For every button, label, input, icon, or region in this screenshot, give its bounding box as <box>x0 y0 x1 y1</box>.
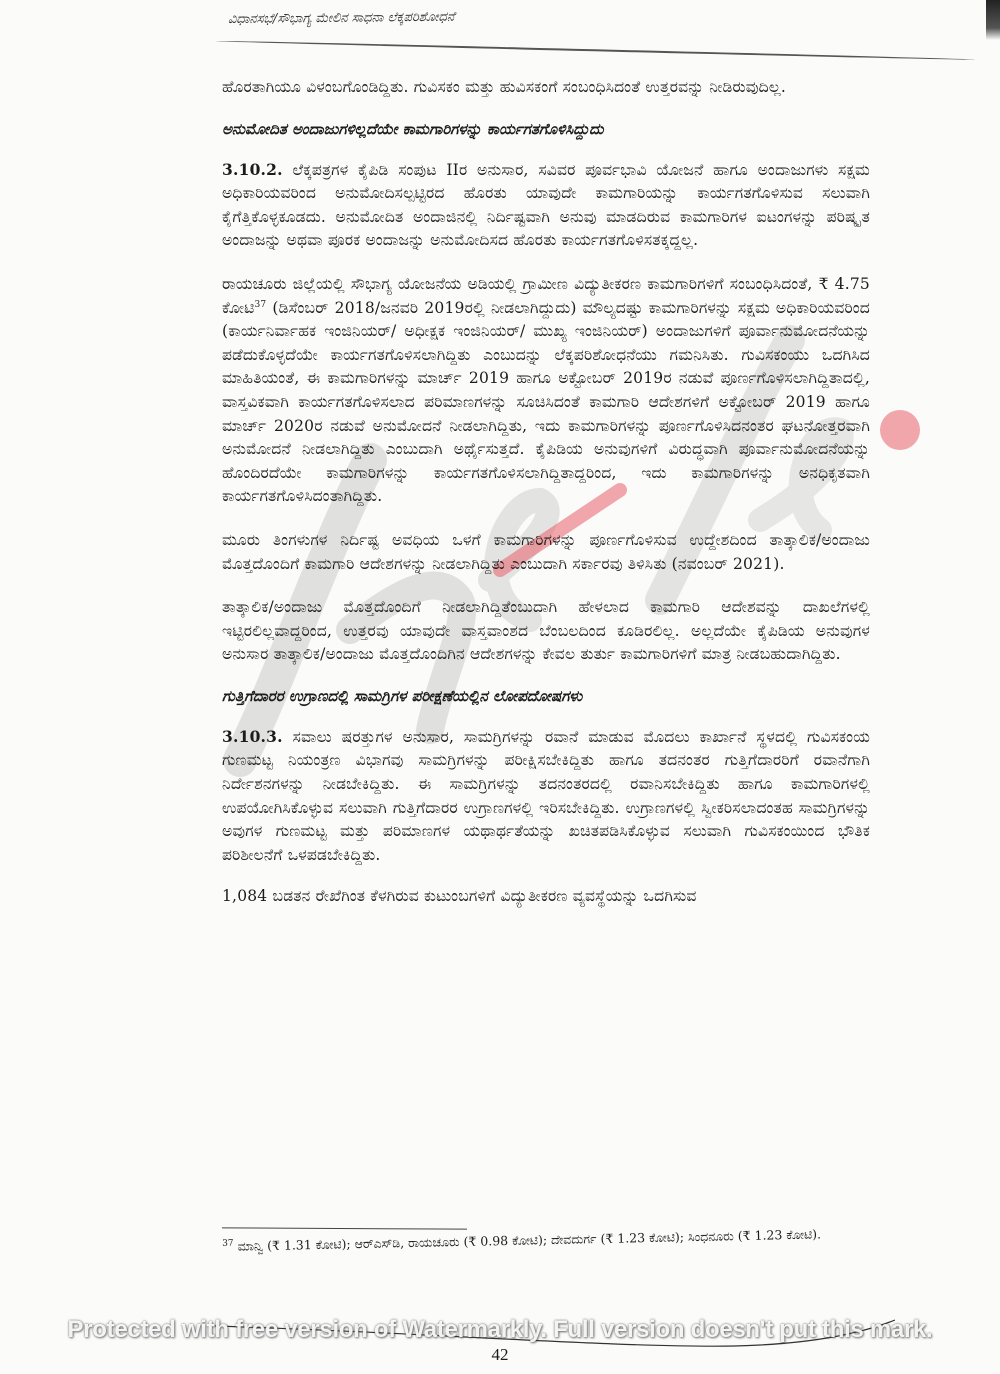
paragraph-text-after-ref: (ಡಿಸೆಂಬರ್ 2018/ಜನವರಿ 2019ರಲ್ಲಿ ನೀಡಲಾಗಿದ್… <box>222 299 870 506</box>
paragraph-reply-not-supported: ತಾತ್ಕಾಲಿಕ/ಅಂದಾಜು ಮೊತ್ತದೊಂದಿಗೆ ನೀಡಲಾಗಿದ್ದ… <box>222 596 870 667</box>
footnote-rule <box>222 1227 467 1229</box>
scan-corner-shadow <box>986 0 1000 40</box>
section-number: 3.10.3. <box>222 727 283 746</box>
footnote-number: 37 <box>222 1239 234 1249</box>
paragraph-bpl-households: 1,084 ಬಡತನ ರೇಖೆಗಿಂತ ಕೆಳಗಿರುವ ಕುಟುಂಬಗಳಿಗೆ… <box>222 885 870 909</box>
paragraph-3-10-3: 3.10.3. ಸವಾಲು ಷರತ್ತುಗಳ ಅನುಸಾರ, ಸಾಮಗ್ರಿಗಳ… <box>222 725 870 868</box>
header-rule <box>215 40 975 61</box>
section-number: 3.10.2. <box>222 160 283 179</box>
paragraph-government-reply: ಮೂರು ತಿಂಗಳುಗಳ ನಿರ್ದಿಷ್ಟ ಅವಧಿಯ ಒಳಗೆ ಕಾಮಗಾ… <box>222 529 870 576</box>
page-body: ಹೊರತಾಗಿಯೂ ವಿಳಂಬಗೊಂಡಿದ್ದಿತು. ಗುವಿಸಕಂ ಮತ್ತ… <box>222 76 870 929</box>
section-heading-material-testing: ಗುತ್ತಿಗೆದಾರರ ಉಗ್ರಾಣದಲ್ಲಿ ಸಾಮಗ್ರಿಗಳ ಪರೀಕ್… <box>222 687 870 705</box>
paragraph-3-10-2: 3.10.2. ಲೆಕ್ಕಪತ್ರಗಳ ಕೈಪಿಡಿ ಸಂಪುಟ IIರ ಅನು… <box>222 158 870 253</box>
intro-continuation: ಹೊರತಾಗಿಯೂ ವಿಳಂಬಗೊಂಡಿದ್ದಿತು. ಗುವಿಸಕಂ ಮತ್ತ… <box>222 76 870 100</box>
paragraph-text: ಲೆಕ್ಕಪತ್ರಗಳ ಕೈಪಿಡಿ ಸಂಪುಟ IIರ ಅನುಸಾರ, ಸವಿ… <box>222 161 870 250</box>
section-heading-unapproved-estimates: ಅನುಮೋದಿತ ಅಂದಾಜುಗಳಿಲ್ಲದೆಯೇ ಕಾಮಗಾರಿಗಳನ್ನು … <box>222 120 870 138</box>
footnote-reference[interactable]: 37 <box>254 299 266 309</box>
running-header: ವಿಧಾನಸಭೆ/ಸೌಭಾಗ್ಯ ಮೇಲಿನ ಸಾಧನಾ ಲೆಕ್ಕಪರಿಶೋಧ… <box>228 10 455 27</box>
paragraph-raichur-works: ರಾಯಚೂರು ಜಿಲ್ಲೆಯಲ್ಲಿ ಸೌಭಾಗ್ಯ ಯೋಜನೆಯ ಅಡಿಯಲ… <box>222 273 870 509</box>
page-number: 42 <box>0 1345 1000 1365</box>
watermark-notice: Protected with free version of Watermark… <box>0 1316 1000 1344</box>
footnote-text: ಮಾನ್ವಿ (₹ 1.31 ಕೋಟಿ); ಆರ್‌ಎಸ್‌ಡಿ, ರಾಯಚೂರ… <box>237 1226 821 1253</box>
paragraph-text: ಸವಾಲು ಷರತ್ತುಗಳ ಅನುಸಾರ, ಸಾಮಗ್ರಿಗಳನ್ನು ರವಾ… <box>222 728 870 864</box>
